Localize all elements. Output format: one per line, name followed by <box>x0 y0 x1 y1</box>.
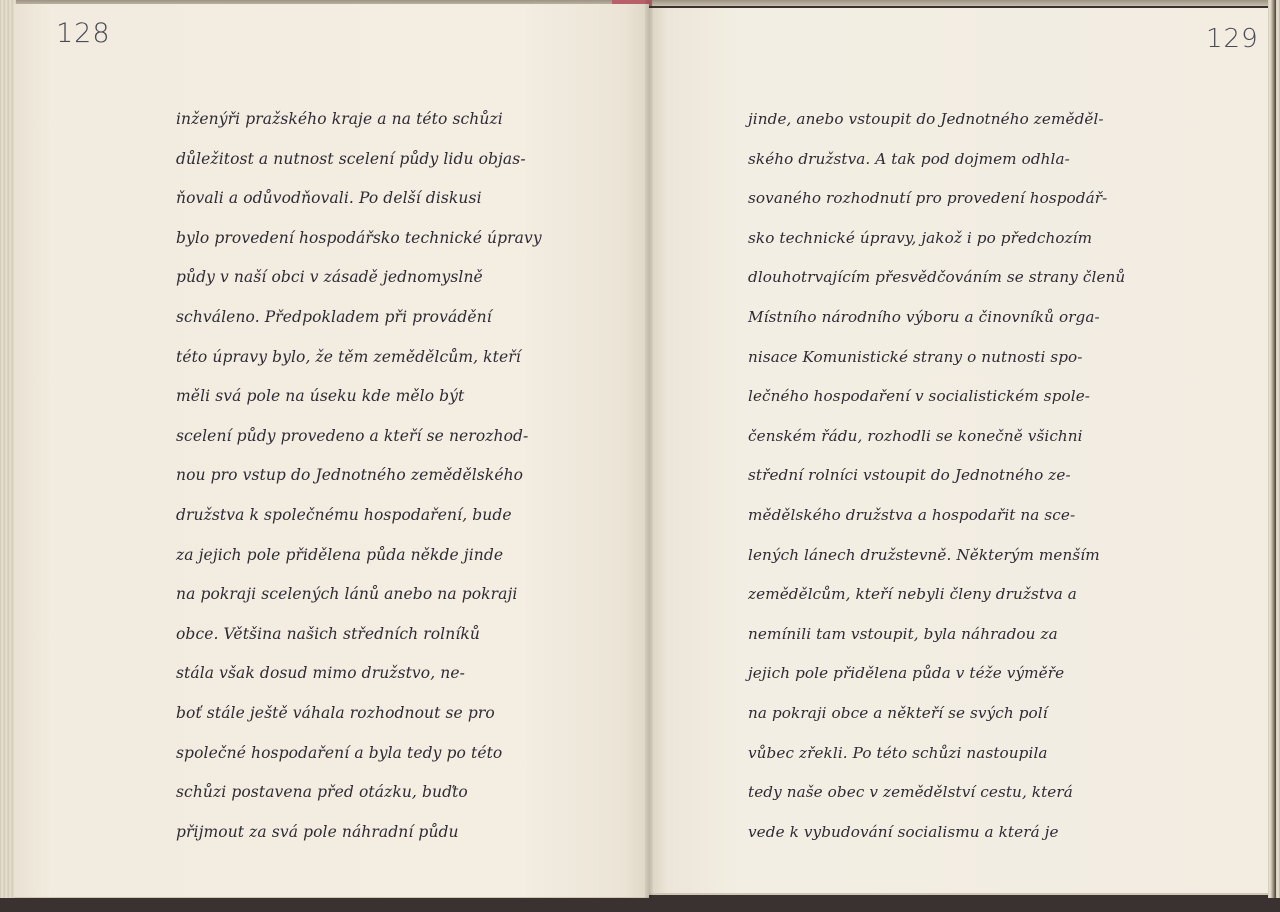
handwritten-line: přijmout za svá pole náhradní půdu <box>176 813 576 853</box>
handwritten-line: inženýři pražského kraje a na této schůz… <box>176 100 576 140</box>
handwritten-line: scelení půdy provedeno a kteří se nerozh… <box>176 417 576 457</box>
table-surface <box>0 898 1280 912</box>
handwritten-line: na pokraji obce a někteří se svých polí <box>748 694 1143 734</box>
handwritten-line: vůbec zřekli. Po této schůzi nastoupila <box>748 734 1143 774</box>
handwritten-line: obce. Většina našich středních rolníků <box>176 615 576 655</box>
handwritten-line: půdy v naší obci v zásadě jednomyslně <box>176 258 576 298</box>
handwritten-line: nemínili tam vstoupit, byla náhradou za <box>748 615 1143 655</box>
handwritten-line: důležitost a nutnost scelení půdy lidu o… <box>176 140 576 180</box>
handwritten-line: schůzi postavena před otázku, buďto <box>176 773 576 813</box>
handwritten-line: boť stále ještě váhala rozhodnout se pro <box>176 694 576 734</box>
handwritten-line: zemědělcům, kteří nebyli členy družstva … <box>748 575 1143 615</box>
handwritten-line: lečného hospodaření v socialistickém spo… <box>748 377 1143 417</box>
handwritten-line: společné hospodaření a byla tedy po této <box>176 734 576 774</box>
handwritten-line: čenském řádu, rozhodli se konečně všichn… <box>748 417 1143 457</box>
handwritten-line: tedy naše obec v zemědělství cestu, kter… <box>748 773 1143 813</box>
open-book: 128 129 inženýři pražského kraje a na té… <box>0 0 1280 900</box>
book-gutter <box>645 0 653 900</box>
handwritten-line: střední rolníci vstoupit do Jednotného z… <box>748 456 1143 496</box>
handwritten-line: sko technické úpravy, jakož i po předcho… <box>748 219 1143 259</box>
handwritten-line: bylo provedení hospodářsko technické úpr… <box>176 219 576 259</box>
left-page-handwritten-text: inženýři pražského kraje a na této schůz… <box>176 100 576 852</box>
handwritten-line: nou pro vstup do Jednotného zemědělského <box>176 456 576 496</box>
handwritten-line: dlouhotrvajícím přesvědčováním se strany… <box>748 258 1143 298</box>
handwritten-line: jinde, anebo vstoupit do Jednotného země… <box>748 100 1143 140</box>
page-number-left: 128 <box>56 18 111 49</box>
handwritten-line: této úpravy bylo, že těm zemědělcům, kte… <box>176 338 576 378</box>
page-number-right: 129 <box>1206 24 1259 54</box>
handwritten-line: měli svá pole na úseku kde mělo být <box>176 377 576 417</box>
handwritten-line: nisace Komunistické strany o nutnosti sp… <box>748 338 1143 378</box>
handwritten-line: vede k vybudování socialismu a která je <box>748 813 1143 853</box>
handwritten-line: družstva k společnému hospodaření, bude <box>176 496 576 536</box>
handwritten-line: ského družstva. A tak pod dojmem odhla- <box>748 140 1143 180</box>
handwritten-line: na pokraji scelených lánů anebo na pokra… <box>176 575 576 615</box>
handwritten-line: schváleno. Předpokladem při provádění <box>176 298 576 338</box>
handwritten-line: sovaného rozhodnutí pro provedení hospod… <box>748 179 1143 219</box>
handwritten-line: lených lánech družstevně. Některým menší… <box>748 536 1143 576</box>
right-page-handwritten-text: jinde, anebo vstoupit do Jednotného země… <box>748 100 1143 852</box>
handwritten-line: ňovali a odůvodňovali. Po delší diskusi <box>176 179 576 219</box>
handwritten-line: mědělského družstva a hospodařit na sce- <box>748 496 1143 536</box>
handwritten-line: Místního národního výboru a činovníků or… <box>748 298 1143 338</box>
handwritten-line: stála však dosud mimo družstvo, ne- <box>176 654 576 694</box>
handwritten-line: jejich pole přidělena půda v téže výměře <box>748 654 1143 694</box>
handwritten-line: za jejich pole přidělena půda někde jind… <box>176 536 576 576</box>
right-page-stack-edges <box>1268 0 1280 900</box>
